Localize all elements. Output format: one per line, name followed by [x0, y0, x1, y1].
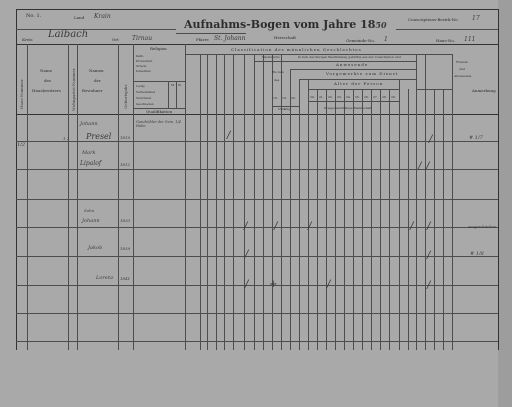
qualifikation-header: Qualifikation	[146, 110, 172, 114]
birth-year: 1839	[120, 247, 130, 251]
year-col: 20.	[310, 96, 315, 99]
stand-gesch: Geschieden	[136, 103, 154, 106]
col-name-haus-2: des	[44, 79, 51, 83]
birth-year: 1841	[120, 277, 130, 281]
page-edge	[498, 0, 512, 407]
religion-kath: Kath.	[136, 55, 144, 58]
anwesende-header: Anwesende	[336, 63, 368, 67]
col-haus-nummer: Haus-Nummer	[19, 79, 24, 109]
anmerkung-value: ausgeschrieben	[468, 226, 496, 230]
resident-surname: Jakob	[88, 246, 102, 251]
year-col: 27.	[373, 96, 378, 99]
col-wohnpartei: Wohnpartei-Nummer	[71, 68, 76, 111]
birth-year: 1812	[120, 163, 130, 167]
conscription-value: 17	[472, 16, 480, 22]
bis-alter-2: des	[274, 79, 279, 82]
resident-surname: Presel	[86, 133, 111, 141]
birth-year: 1810	[120, 136, 130, 140]
aufnahms-bogen-form: No. 1. Land Krain Aufnahms-Bogen vom Jah…	[16, 9, 498, 405]
gemeinde-label: Gemeinde-No.	[346, 39, 375, 43]
religion-title: Religion	[150, 47, 167, 51]
anmerkung-value: # 1/7	[469, 136, 483, 141]
resident-surname: Lipalof	[80, 161, 101, 167]
resident-firstname: Johann	[80, 122, 98, 127]
year-col: 29.	[391, 96, 396, 99]
alter-header: Alter der Person	[334, 82, 383, 86]
kriegsdienst-header: Kriegsdienstfähige Mannschaft	[324, 107, 372, 110]
stand-verw: Verwitwet	[136, 97, 151, 100]
fremde-2: und	[459, 68, 465, 71]
year-col: 23.	[337, 96, 342, 99]
qualifikation-value: Ganzhübler der Gem. 1/4 Hube	[136, 121, 182, 128]
age-19: 19.	[282, 97, 287, 100]
ort-value: Tirnau	[132, 36, 152, 42]
resident-surname: Johann	[82, 219, 100, 224]
col-name-haus-3: Hausbesitzers	[32, 89, 61, 93]
bis-alter-1: Bis zum	[272, 71, 284, 74]
year-col: 28.	[382, 96, 387, 99]
gemeinde-value: 1	[384, 37, 388, 43]
year-col: 24.	[346, 96, 351, 99]
religion-griech: Griech.	[136, 65, 147, 68]
stand-ledig: Ledig	[136, 85, 145, 88]
sub-note: In fern der übrigen Bestimmung gebürtig …	[298, 56, 401, 59]
religion-isr: Israeliten	[136, 70, 151, 73]
fremde-1: Fremde	[456, 61, 468, 64]
ort-label: Ort	[112, 38, 119, 42]
haus-value: 111	[464, 37, 475, 43]
haus-label: Haus-No.	[436, 39, 455, 43]
year-col: 26.	[364, 96, 369, 99]
col-name-bew-3: Bewohner	[82, 89, 103, 93]
haus-number-value: 1/2	[17, 143, 25, 148]
year-value: 50	[375, 20, 386, 30]
herrschaft-label: Herrschaft	[274, 36, 296, 40]
form-number: No. 1.	[26, 14, 41, 19]
birth-year: 1833	[120, 219, 130, 223]
fremde-3: Abwesende	[454, 75, 471, 78]
resident-firstname: Sohn	[84, 209, 94, 213]
anmerkung-value: # 1/8	[470, 252, 484, 257]
nachwuchs-header: Nachwuchs	[262, 56, 280, 59]
classification-title: Classification des männlichen Geschlecht…	[231, 48, 362, 52]
religion-prot: Protestant.	[136, 60, 153, 63]
title-text: Aufnahms-Bogen vom Jahre 18	[184, 18, 375, 31]
col-geburtsjahr: Geburtsjahr	[123, 85, 128, 109]
anmerkung-header: Anmerkung	[472, 89, 496, 93]
form-title: Aufnahms-Bogen vom Jahre 1850	[184, 19, 387, 30]
stand-verh: Verheirathet	[136, 91, 155, 94]
resident-surname: Lorenz	[96, 276, 114, 281]
unfaehig-header: Unfähig	[278, 108, 290, 111]
year-col: 21.	[319, 96, 324, 99]
pfarre-label: Pfarre	[196, 38, 209, 42]
conscription-label: Conscriptions-Bezirk-No.	[408, 18, 459, 22]
stand-m: M.	[171, 84, 175, 87]
land-value: Krain	[94, 14, 111, 20]
year-col: 25.	[355, 96, 360, 99]
col-name-bew-2: der	[94, 79, 101, 83]
year-col: 22.	[328, 96, 333, 99]
wohnpartei-value: 1 2	[63, 137, 69, 141]
col-name-haus-1: Name	[40, 69, 52, 73]
col-name-bew-1: Namen	[89, 69, 104, 73]
kreis-value: Laibach	[48, 30, 88, 40]
resident-firstname: Mark	[82, 151, 96, 156]
age-18: 18.	[273, 97, 278, 100]
vorgemerkte-header: Vorgemerkte zum Dienst	[326, 72, 398, 76]
land-label: Land	[74, 16, 84, 20]
age-20: 20.	[291, 97, 296, 100]
stand-w: W.	[178, 84, 182, 87]
pfarre-value: St. Johann	[214, 36, 246, 42]
kreis-label: Kreis	[22, 38, 33, 42]
